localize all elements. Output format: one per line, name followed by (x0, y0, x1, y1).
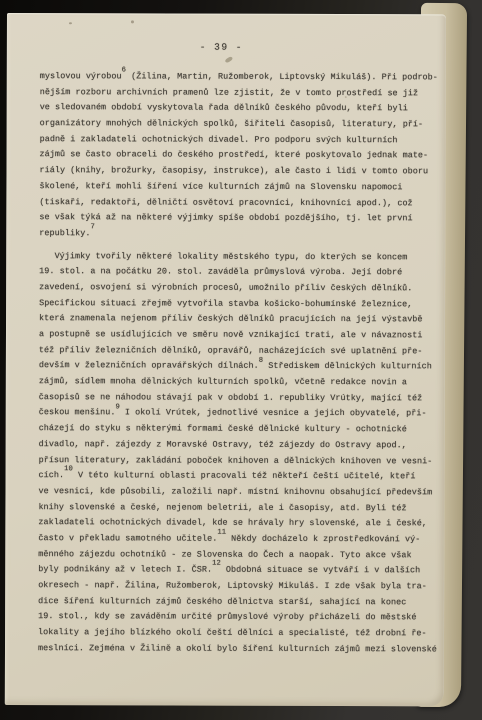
text-line: padně i zakladateli ochotnických divadel… (40, 132, 442, 149)
footnote-ref: 6 (122, 67, 126, 75)
text-line: zájmů, sídlem mnoha dělnických kulturníc… (39, 374, 441, 391)
footnote-ref: 11 (217, 529, 226, 537)
text-line: časopisů se ne náhodou stávají pak v obd… (39, 390, 441, 407)
text-line: českou menšinu.9 I okolí Vrútek, jednotl… (39, 406, 441, 423)
text-line: knihy slovenské a české, nejenom beletri… (38, 500, 440, 517)
footnote-ref: 9 (115, 403, 119, 411)
scan-speck (131, 20, 134, 23)
text-line: republiky.7 (39, 226, 441, 243)
text-line: též příliv železničních dělníků, opravář… (39, 343, 441, 360)
text-line: cházejí do styku s některými formami čes… (39, 421, 441, 438)
text-line: měnného zájezdu ochotníků - ze Slovenska… (38, 547, 440, 564)
scan-speck (69, 22, 72, 24)
footnote-ref: 12 (212, 560, 221, 568)
text-line: školené, kteří mohli šíření více kulturn… (39, 179, 441, 196)
text-line: 19. stol., kdy se zaváděním určité průmy… (38, 609, 440, 626)
text-line: myslovou výrobou6 (Žilina, Martin, Ružom… (40, 69, 442, 86)
text-line: ve sledovaném období vyskytovala řada dě… (40, 100, 442, 117)
text-line: která znamenala nejenom příliv českých d… (39, 311, 441, 328)
text-line: Výjimky tvořily některé lokality městské… (39, 249, 441, 266)
text-line: 19. stol. a na počátku 20. stol. zaváděl… (39, 264, 441, 281)
text-line: se však týká až na některé výjimky spíše… (39, 210, 441, 227)
text-line: zavedení, osvojení si výrobních procesů,… (39, 280, 441, 297)
paragraph: Výjimky tvořily některé lokality městské… (38, 249, 441, 658)
text-line: meslníci. Zejména v Žilině a okolí bylo … (38, 641, 440, 658)
text-line: Specifickou situaci zřejmě vytvořila sta… (39, 296, 441, 313)
text-line: (tiskaři, redaktoři, dělničtí osvětoví p… (39, 195, 441, 212)
text-line: často v překladu samotného učitele.11 Ně… (38, 531, 440, 548)
text-line: nějším rozboru archivních pramenů lze zj… (40, 85, 442, 102)
text-line: ve vesnici, kde působili, založili např.… (38, 484, 440, 501)
text-line: zakladateli ochotnických divadel, kde se… (38, 515, 440, 532)
text-line: cích.10 V této kulturní oblasti pracoval… (39, 468, 441, 485)
text-line: a postupně se usídlujících ve směru nově… (39, 327, 441, 344)
scanned-book-photo: - 39 - myslovou výrobou6 (Žilina, Martin… (0, 0, 482, 720)
paragraph: myslovou výrobou6 (Žilina, Martin, Ružom… (39, 69, 442, 243)
text-line: organizátory mnohých dělnických spolků, … (40, 116, 442, 133)
page-text: myslovou výrobou6 (Žilina, Martin, Ružom… (38, 69, 442, 658)
text-line: byly podnikány až v letech I. ČSR.12 Obd… (38, 562, 440, 579)
page-number: - 39 - (2, 41, 441, 53)
text-line: okresech - např. Žilina, Ružomberok, Lip… (38, 578, 440, 595)
text-line: divadlo, např. zájezdy z Moravské Ostrav… (39, 437, 441, 454)
text-line: přísun literatury, zakládání poboček kni… (39, 453, 441, 470)
document-page: - 39 - myslovou výrobou6 (Žilina, Martin… (5, 13, 446, 706)
text-line: lokality a jejího blízkého okolí čeští d… (38, 625, 440, 642)
text-line: riály (knihy, brožurky, časopisy, instru… (39, 163, 441, 180)
ink-smudge (224, 56, 233, 64)
footnote-ref: 8 (259, 356, 263, 364)
text-line: devším v železničních opravářských dílná… (39, 358, 441, 375)
text-line: dice šíření kulturních zájmů českého děl… (38, 594, 440, 611)
text-line: zájmů se často obraceli do českého prost… (40, 148, 442, 165)
footnote-ref: 7 (90, 223, 94, 231)
footnote-ref: 10 (64, 466, 73, 474)
